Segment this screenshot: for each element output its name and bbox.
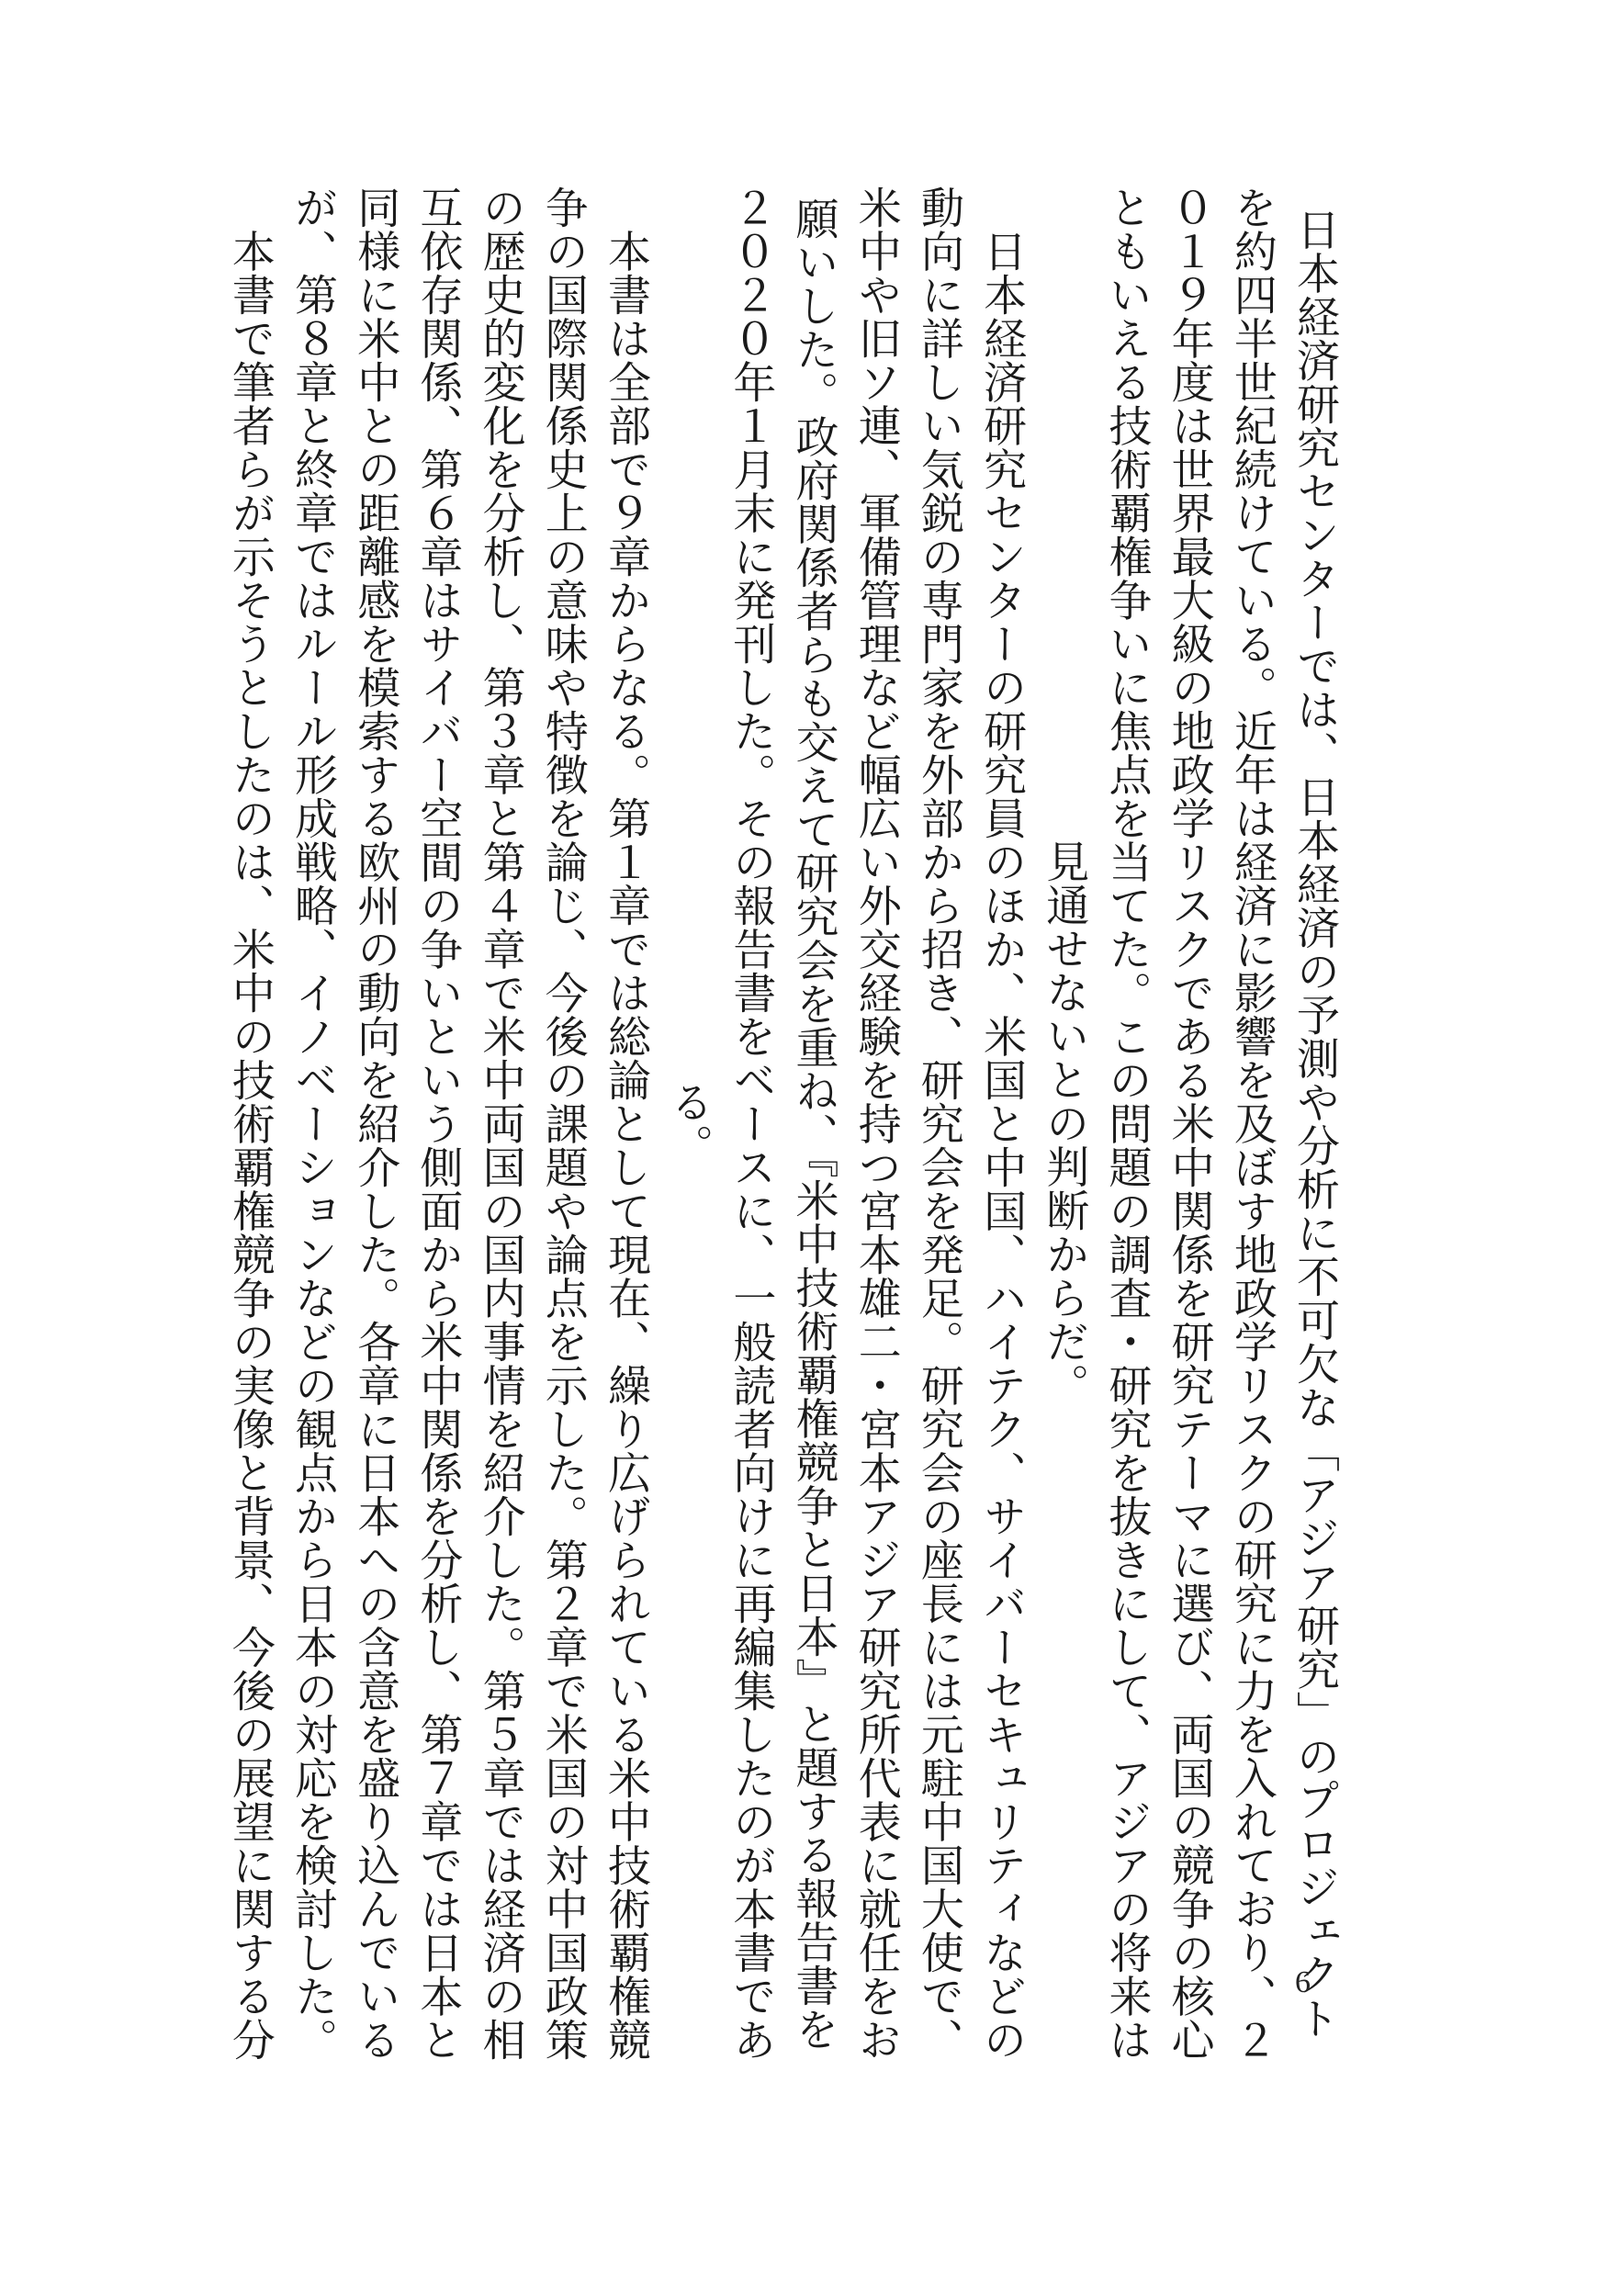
text-column-7: 動向に詳しい気鋭の専門家を外部から招き、研究会を発足。研究会の座長には元駐中国大… <box>907 352 970 1895</box>
column-text: 本書は全部で９章からなる。第１章では総論として現在、繰り広げられている米中技術覇… <box>594 186 657 2062</box>
text-column-14: の歴史的変化を分析し、第３章と第４章で米中両国の国内事情を紹介した。第５章では経… <box>468 352 531 1895</box>
column-text: の歴史的変化を分析し、第３章と第４章で米中両国の国内事情を紹介した。第５章では経… <box>468 186 531 2062</box>
column-text: ともいえる技術覇権争いに焦点を当てた。この問題の調査・研究を抜きにして、アジアの… <box>1095 186 1157 2062</box>
column-text: 日本経済研究センターでは、日本経済の予測や分析に不可欠な「アジア研究」のプロジェ… <box>1283 208 1345 2040</box>
column-text: 本書で筆者らが示そうとしたのは、米中の技術覇権競争の実像と背景、今後の展望に関す… <box>219 186 281 2062</box>
column-text: 同様に米中との距離感を模索する欧州の動向を紹介した。各章に日本への含意を盛り込ん… <box>343 186 406 2062</box>
text-column-9: 願いした。政府関係者らも交えて研究会を重ね、『米中技術覇権競争と日本』と題する報… <box>782 352 844 1895</box>
text-column-8: 米中や旧ソ連、軍備管理など幅広い外交経験を持つ宮本雄二・宮本アジア研究所代表に就… <box>845 352 907 1895</box>
text-column-10: ２０２０年１月末に発刊した。その報告書をベースに、一般読者向けに再編集したのが本… <box>719 352 782 1895</box>
text-column-5: 見通せないとの判断からだ。 <box>1032 352 1095 1895</box>
text-column-11: る。 <box>657 352 719 1895</box>
column-text: 互依存関係、第６章はサイバー空間の争いという側面から米中関係を分析し、第７章では… <box>406 186 468 2062</box>
column-text: 願いした。政府関係者らも交えて研究会を重ね、『米中技術覇権競争と日本』と題する報… <box>782 197 844 2051</box>
text-column-3: ０１９年度は世界最大級の地政学リスクである米中関係を研究テーマに選び、両国の競争… <box>1157 352 1220 1895</box>
book-page: 日本経済研究センターでは、日本経済の予測や分析に不可欠な「アジア研究」のプロジェ… <box>0 0 1621 2296</box>
text-column-12: 本書は全部で９章からなる。第１章では総論として現在、繰り広げられている米中技術覇… <box>594 352 657 1895</box>
text-column-13: 争の国際関係史上の意味や特徴を論じ、今後の課題や論点を示した。第２章で米国の対中… <box>532 352 594 1895</box>
column-text: 米中や旧ソ連、軍備管理など幅広い外交経験を持つ宮本雄二・宮本アジア研究所代表に就… <box>845 186 907 2062</box>
text-column-15: 互依存関係、第６章はサイバー空間の争いという側面から米中関係を分析し、第７章では… <box>406 352 468 1895</box>
column-text: ０１９年度は世界最大級の地政学リスクである米中関係を研究テーマに選び、両国の競争… <box>1157 186 1220 2062</box>
text-column-4: ともいえる技術覇権争いに焦点を当てた。この問題の調査・研究を抜きにして、アジアの… <box>1095 352 1157 1895</box>
text-column-1: 日本経済研究センターでは、日本経済の予測や分析に不可欠な「アジア研究」のプロジェ… <box>1283 352 1345 1895</box>
column-text: 日本経済研究センターの研究員のほか、米国と中国、ハイテク、サイバーセキュリティな… <box>970 186 1032 2062</box>
column-text: 争の国際関係史上の意味や特徴を論じ、今後の課題や論点を示した。第２章で米国の対中… <box>532 186 594 2062</box>
column-text: 動向に詳しい気鋭の専門家を外部から招き、研究会を発足。研究会の座長には元駐中国大… <box>907 186 970 2062</box>
text-column-18: 本書で筆者らが示そうとしたのは、米中の技術覇権競争の実像と背景、今後の展望に関す… <box>219 352 281 1895</box>
column-text: が、第８章と終章ではルール形成戦略、イノベーションなどの観点から日本の対応を検討… <box>281 186 343 2062</box>
column-text: ２０２０年１月末に発刊した。その報告書をベースに、一般読者向けに再編集したのが本… <box>719 186 782 2062</box>
text-column-17: が、第８章と終章ではルール形成戦略、イノベーションなどの観点から日本の対応を検討… <box>281 352 343 1895</box>
text-column-16: 同様に米中との距離感を模索する欧州の動向を紹介した。各章に日本への含意を盛り込ん… <box>343 352 406 1895</box>
vertical-body-text: 日本経済研究センターでは、日本経済の予測や分析に不可欠な「アジア研究」のプロジェ… <box>219 352 1345 1895</box>
column-text: 見通せないとの判断からだ。 <box>1032 839 1095 1407</box>
column-text: る。 <box>657 1080 719 1167</box>
text-column-6: 日本経済研究センターの研究員のほか、米国と中国、ハイテク、サイバーセキュリティな… <box>970 352 1032 1895</box>
column-text: を約四半世紀続けている。近年は経済に影響を及ぼす地政学リスクの研究に力を入れてお… <box>1221 186 1283 2062</box>
page-number: 6 <box>1295 1965 1311 2000</box>
text-column-2: を約四半世紀続けている。近年は経済に影響を及ぼす地政学リスクの研究に力を入れてお… <box>1221 352 1283 1895</box>
